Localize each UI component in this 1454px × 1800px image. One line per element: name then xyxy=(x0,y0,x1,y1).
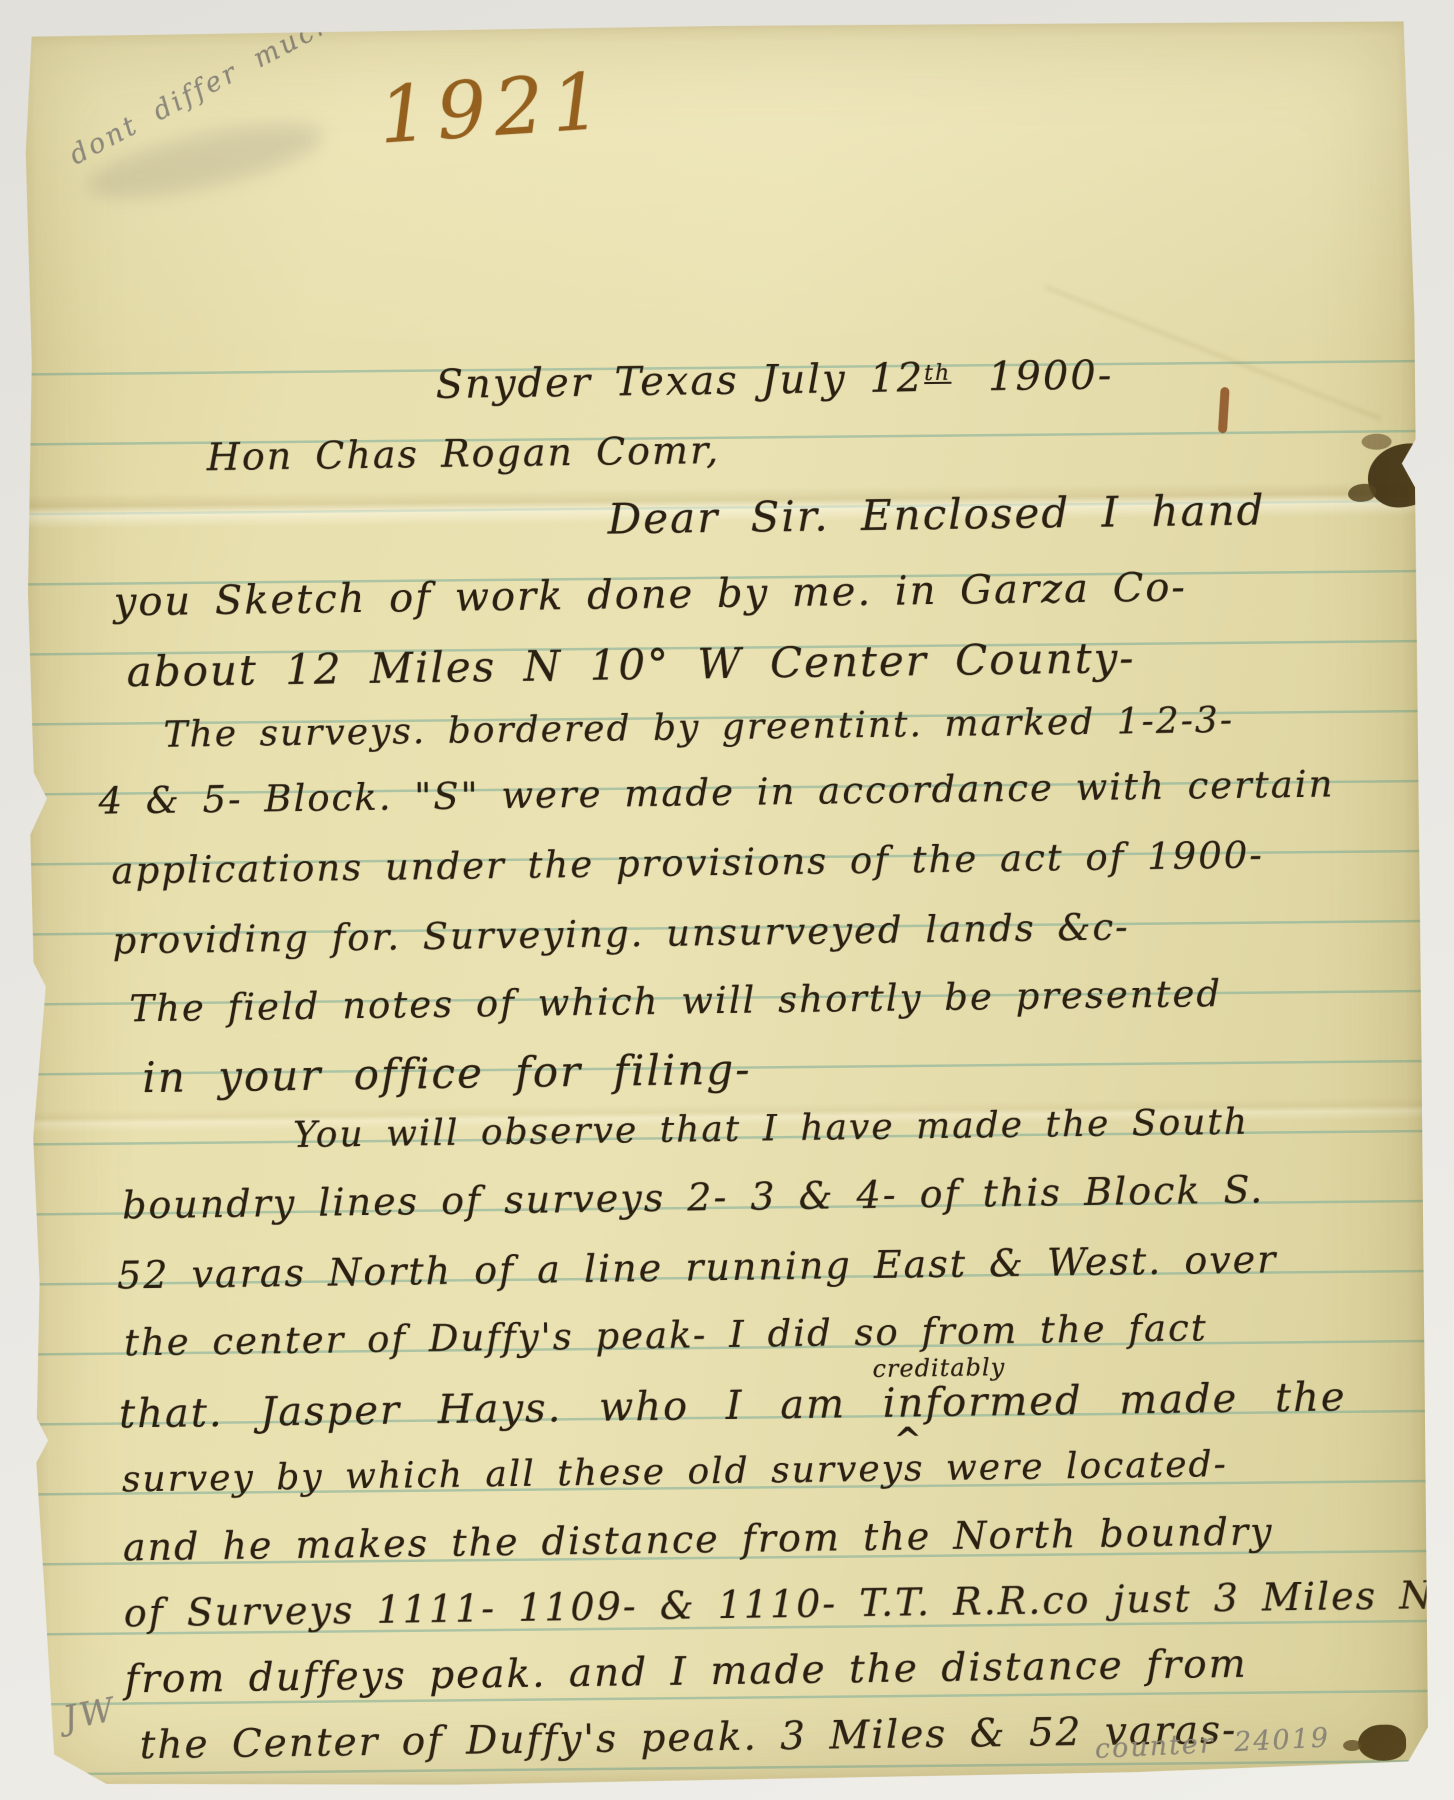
letter-line: boundry lines of surveys 2- 3 & 4- of th… xyxy=(122,1167,1265,1227)
letter-line: 4 & 5- Block. "S" were made in accordanc… xyxy=(98,762,1334,822)
letter-line: survey by which all these old surveys we… xyxy=(122,1444,1228,1500)
letter-heading-dateline: Snyder Texas July 12th 1900- xyxy=(435,352,1113,407)
dateline-place: Snyder Texas July 12 xyxy=(435,355,924,408)
inserted-word: creditably xyxy=(872,1353,1005,1383)
letter-line: You will observe that I have made the So… xyxy=(293,1102,1249,1156)
pencil-annotation: dont differ much xyxy=(64,6,340,171)
letter-line-salutation: Dear Sir. Enclosed I hand xyxy=(607,485,1266,543)
letter-line: applications under the provisions of the… xyxy=(111,833,1264,892)
year-annotation: 1921 xyxy=(376,57,612,162)
archivist-initials: JW xyxy=(60,1689,120,1737)
letter-line: the center of Duffy's peak- I did so fro… xyxy=(124,1306,1208,1364)
letter-page: dont differ much 1921 Snyder Texas July … xyxy=(20,19,1429,1788)
letter-line-addressee: Hon Chas Rogan Comr, xyxy=(206,428,720,479)
letter-line: The surveys. bordered by greentint. mark… xyxy=(163,700,1234,756)
letter-line: from duffeys peak. and I made the distan… xyxy=(124,1642,1247,1703)
letter-line: of Surveys 1111- 1109- & 1110- T.T. R.R.… xyxy=(124,1572,1454,1636)
letter-line: The field notes of which will shortly be… xyxy=(129,972,1222,1030)
letter-line: in your office for filing- xyxy=(142,1045,752,1102)
letter-line: you Sketch of work done by me. in Garza … xyxy=(113,564,1187,625)
letter-line: about 12 Miles N 10° W Center County- xyxy=(126,633,1135,696)
letter-line: the Center of Duffy's peak. 3 Miles & 52… xyxy=(139,1708,1237,1768)
letter-line: providing for. Surveying. unsurveyed lan… xyxy=(112,905,1130,962)
letter-text: dont differ much 1921 Snyder Texas July … xyxy=(16,13,1432,1788)
letter-line: that. Jasper Hays. who I am informed mad… xyxy=(119,1374,1347,1437)
dateline-ordinal: th xyxy=(924,361,951,386)
letter-line: 52 varas North of a line running East & … xyxy=(117,1237,1278,1297)
ink-stain-bottom-right xyxy=(1358,1724,1406,1760)
letter-line: and he makes the distance from the North… xyxy=(123,1509,1274,1569)
scanned-letter-background: { "document": { "kind": "handwritten let… xyxy=(0,0,1454,1800)
dateline-year: 1900- xyxy=(965,352,1114,400)
